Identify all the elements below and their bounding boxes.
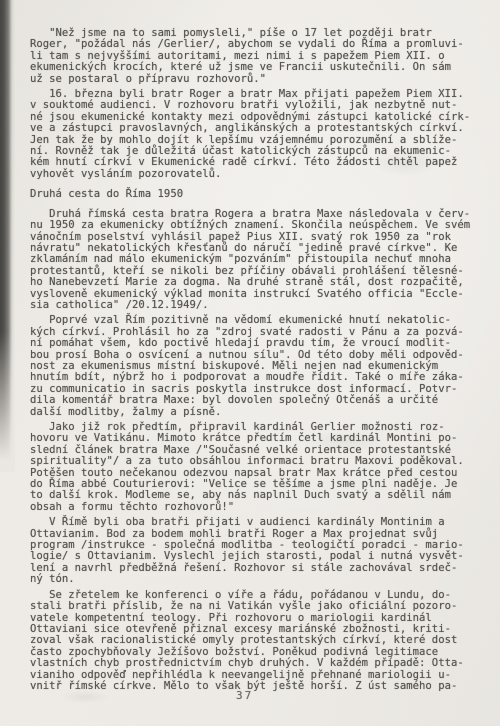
book-spine-shadow xyxy=(0,0,15,472)
paragraph-3: Druhá římská cesta bratra Rogera a bratr… xyxy=(30,209,486,312)
page-text-block: "Než jsme na to sami pomysleli," píše o … xyxy=(30,28,486,696)
paragraph-1: "Než jsme na to sami pomysleli," píše o … xyxy=(30,28,486,85)
paragraph-5: Jako již rok předtím, připravil kardinál… xyxy=(30,422,486,513)
paragraph-4: Poprvé vzal Řím pozitivně na vědomí ekum… xyxy=(30,315,486,418)
page-number: 37 xyxy=(236,689,253,702)
section-heading: Druhá cesta do Říma 1950 xyxy=(30,189,486,200)
paragraph-2: 16. března byli bratr Roger a bratr Max … xyxy=(30,89,486,180)
paragraph-7: Se zřetelem ke konferenci o víře a řádu,… xyxy=(30,590,486,693)
paragraph-6: V Římě byli oba bratři přijati v audienc… xyxy=(30,517,486,585)
scanned-page: "Než jsme na to sami pomysleli," píše o … xyxy=(0,0,500,726)
